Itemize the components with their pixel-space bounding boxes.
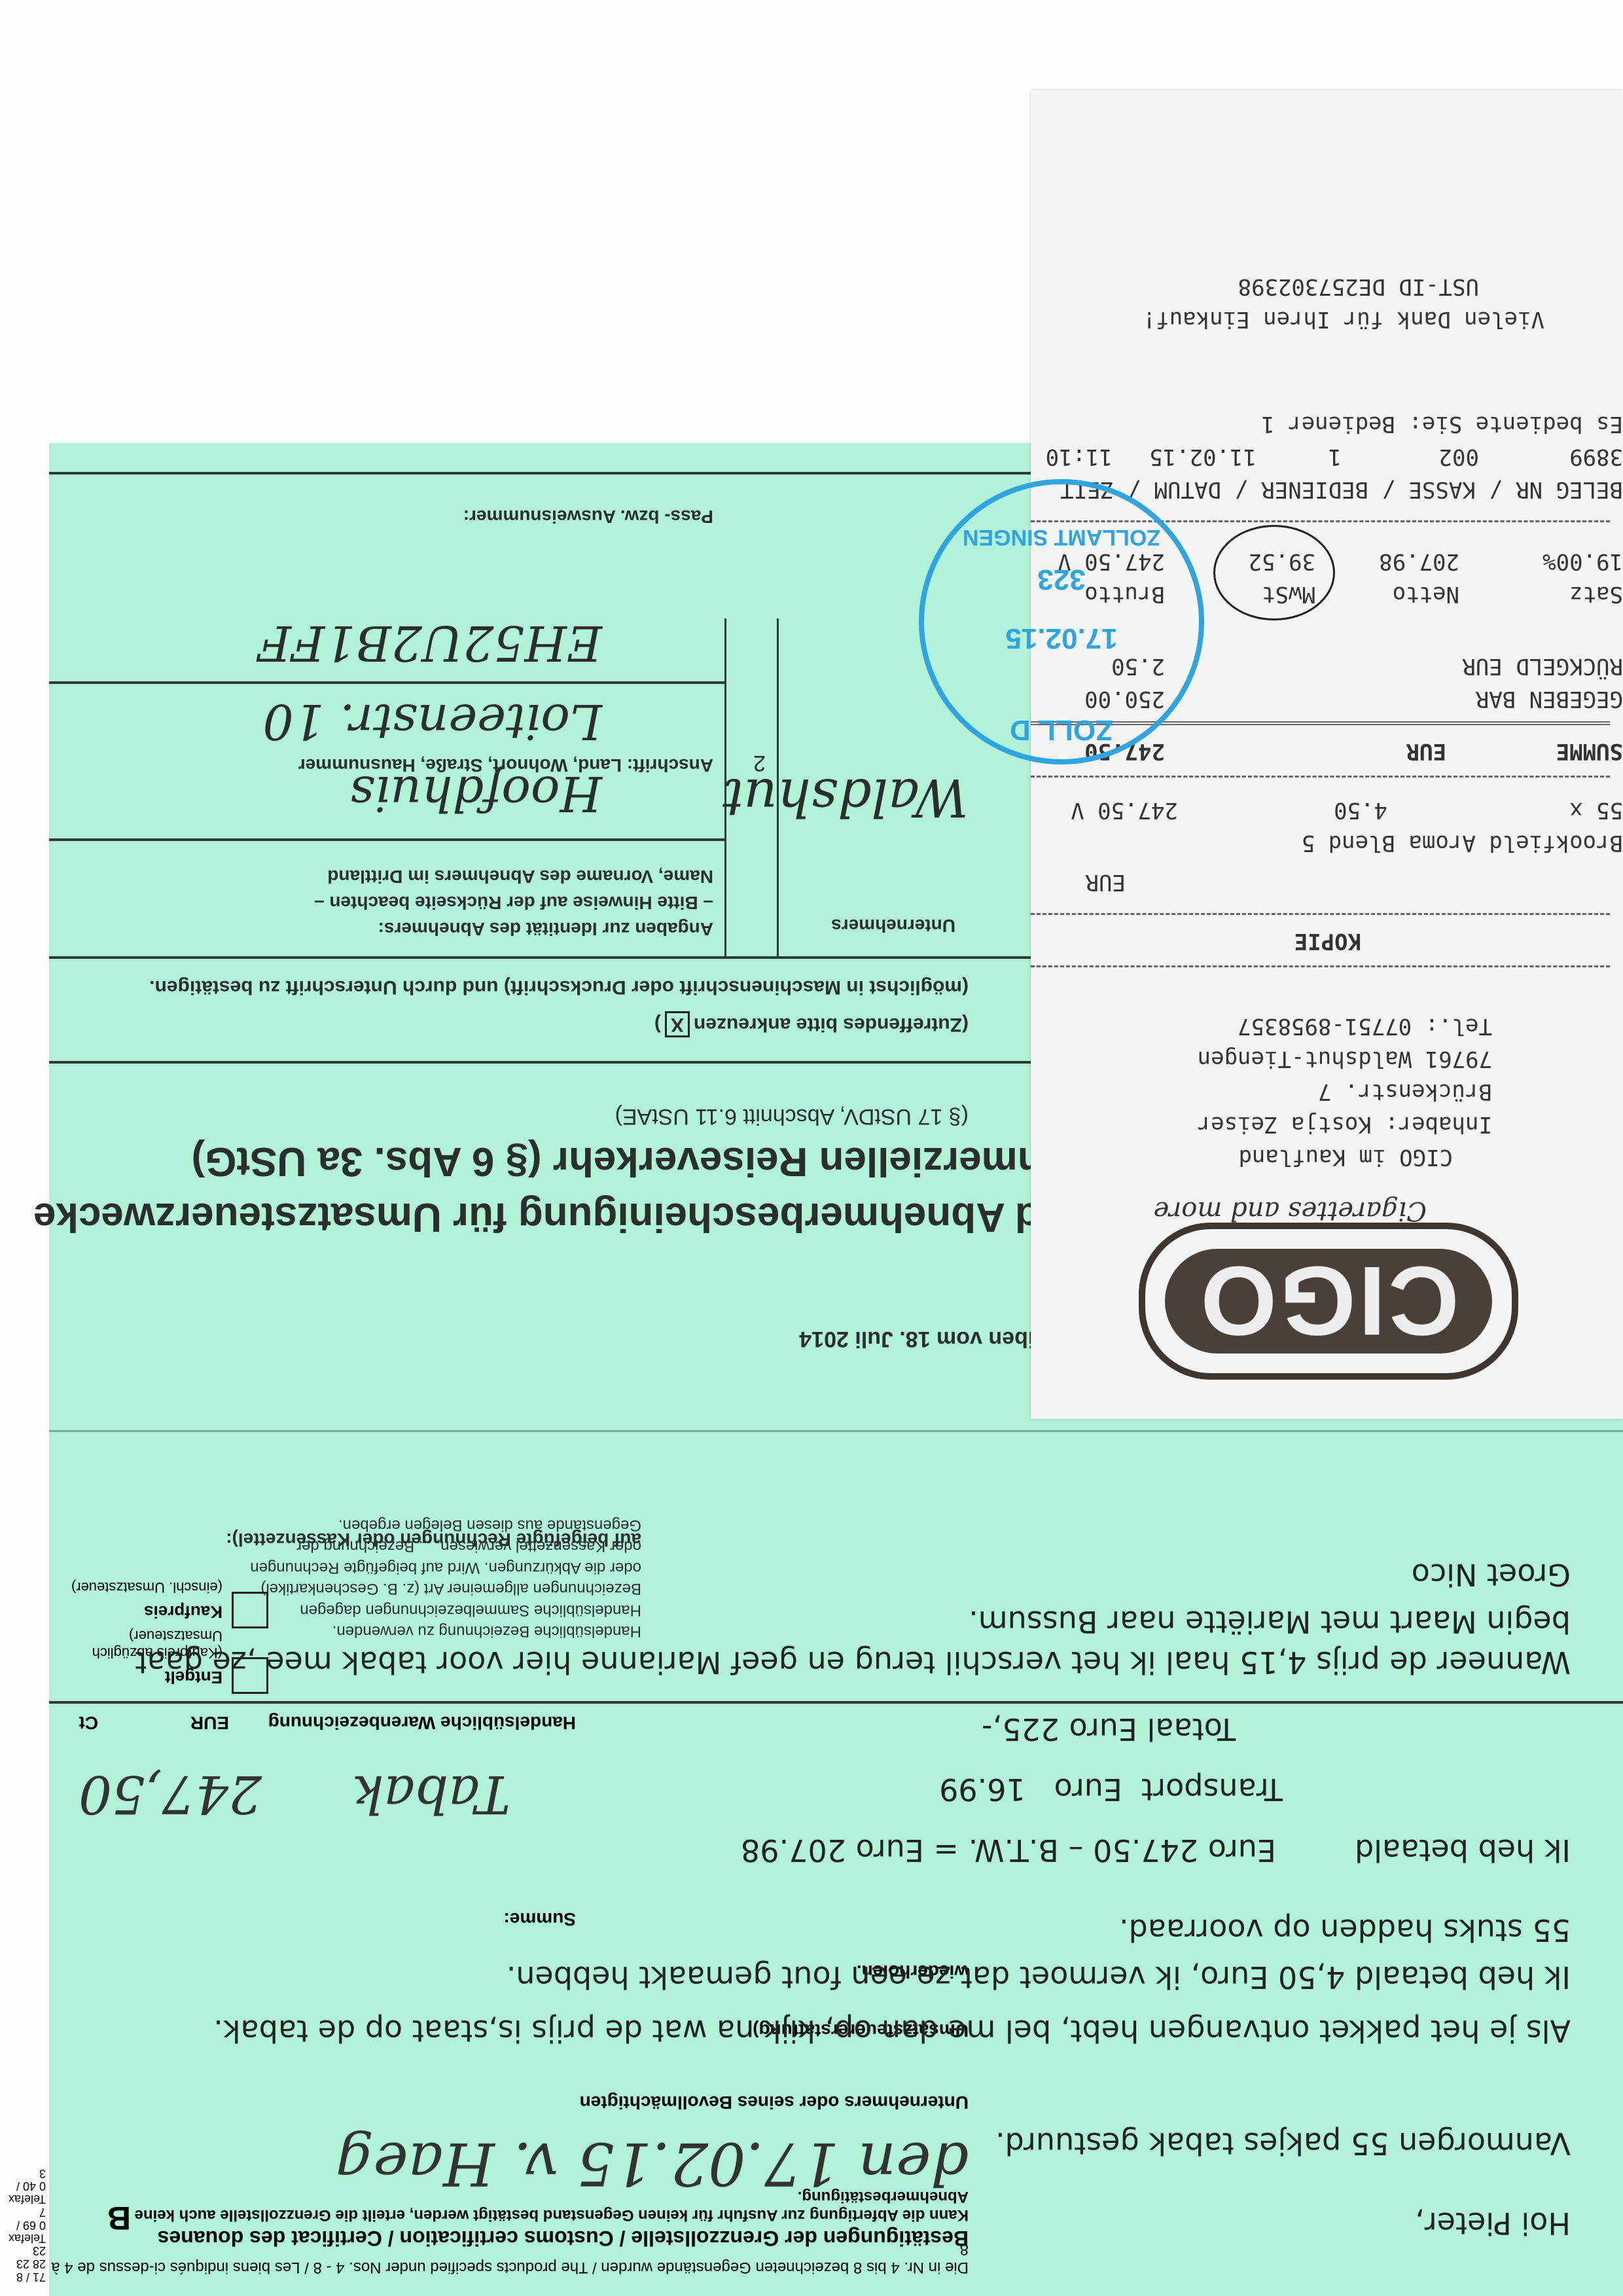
buyer-section-title: Angaben zur Identität des Abnehmers: xyxy=(378,918,713,939)
scanned-page: Anlage zum BMF-Schreiben vom 18. Juli 20… xyxy=(0,0,1623,2296)
given-label: GEGEBEN BAR xyxy=(1476,686,1623,712)
checkbox-mark[interactable]: X xyxy=(665,1011,690,1037)
tax-rate: 19.00% xyxy=(1543,548,1623,575)
passport-handwritten: EH52U2B1FF xyxy=(258,615,602,671)
side-contact: 71 / 8 28 23 23Telefax 0 69 / 7Telefax 0… xyxy=(9,2166,46,2283)
letter-greeting: Hoi Pieter, xyxy=(131,2203,1571,2244)
item-total: 247.50 V xyxy=(1071,797,1178,823)
buyer-name-label: Name, Vorname des Abnehmers im Drittland xyxy=(327,866,713,887)
cigo-logo: CIGO xyxy=(1139,1223,1518,1380)
letter-line-1: Vanmorgen 55 pakjes tabak gestuurd. xyxy=(131,2123,1571,2164)
receipt-date: 11.02.15 xyxy=(1149,444,1257,470)
seller-handwritten: Waldshut xyxy=(722,767,969,828)
item-qty: 55 x xyxy=(1569,797,1623,823)
sum-label: SUMME xyxy=(1556,738,1623,764)
section-b-goods: Die in Nr. 4 bis 8 bezeichneten Gegenstä… xyxy=(49,2240,969,2276)
letter-line-2: Als je het pakket ontvangen hebt, bel me… xyxy=(131,2011,1571,2051)
letter-line-3: Ik heb betaald 4,50 Euro, ik vermoet dat… xyxy=(131,1957,1571,1998)
separator xyxy=(1031,965,1610,967)
letter-transport: Transport Euro 16.99 xyxy=(131,1769,1283,1810)
sum-currency: EUR xyxy=(1406,738,1446,764)
letter-line-5: Wanneer de prijs 4,15 haal ik het versch… xyxy=(131,1602,1571,1683)
shop-street: Brückenstr. 7 xyxy=(1318,1079,1492,1105)
tax-header-net: Netto xyxy=(1393,581,1459,607)
letter-line-4: 55 stuks hadden op voorraad. xyxy=(131,1910,1571,1950)
tax-header-rate: Satz xyxy=(1569,581,1623,607)
served-by: Es bediente Sie: Bediener 1 xyxy=(1261,411,1623,437)
vat-circle-annotation xyxy=(1213,525,1335,620)
receipt-time: 11:10 xyxy=(1046,444,1113,470)
shop-city: 79761 Waldshut-Tiengen xyxy=(1198,1046,1492,1072)
shop-owner: Inhaber: Kostja Zeiser xyxy=(1198,1111,1492,1138)
letter: Hoi Pieter, Vanmorgen 55 pakjes tabak ge… xyxy=(131,1554,1571,2244)
item-name: Brookfield Aroma Blend 5 xyxy=(1302,830,1623,856)
address-handwritten-1: Hoofdhuis xyxy=(350,765,602,821)
brand-tagline: Cigarettes and more xyxy=(1154,1196,1427,1226)
letter-paid: Ik heb betaaldEuro 247.50 – B.T.W. = Eur… xyxy=(131,1829,1571,1870)
vat-id: UST-ID DE257302398 xyxy=(1238,274,1479,300)
address-handwritten-2: Loiteenstr. 10 xyxy=(262,693,602,749)
letter-total: Totaal Euro 225,- xyxy=(131,1709,1571,1749)
change-label: RÜCKGELD EUR xyxy=(1462,653,1623,679)
checkbox-hint: (Zutreffendes bitte ankreuzenX) xyxy=(654,1011,969,1037)
operator-number: 1 xyxy=(1329,444,1342,470)
separator xyxy=(1031,913,1610,915)
shop-name: CIGO im Kaufland xyxy=(1238,1144,1453,1170)
divider xyxy=(49,681,726,684)
tax-net: 207.98 xyxy=(1379,548,1459,575)
letter-closing: Groet Nico xyxy=(131,1554,1571,1595)
currency-header: EUR xyxy=(1086,869,1126,895)
item-unit-price: 4.50 xyxy=(1334,797,1387,823)
meta-header: BELEG NR / KASSE / BEDIENER / DATUM / ZE… xyxy=(1060,476,1623,503)
buyer-section-hint: – Bitte Hinweise auf der Rückseite beach… xyxy=(314,892,713,913)
ct-column-label: Ct xyxy=(79,1712,98,1733)
fill-hint: (möglichst in Maschinenschrift oder Druc… xyxy=(149,976,969,998)
copy-label: KOPIE xyxy=(1294,928,1361,954)
cash-receipt: CIGO Cigarettes and more CIGO im Kauflan… xyxy=(1031,90,1623,1419)
thanks-message: Vielen Dank für Ihren Einkauf! xyxy=(1143,306,1544,332)
seller-label: Unternehmers xyxy=(831,915,955,936)
passport-label: Pass- bzw. Ausweisnummer: xyxy=(463,506,713,527)
receipt-number: 3899 xyxy=(1569,444,1623,470)
form-legal-ref: (§ 17 UStDV, Abschnitt 6.11 UStAE) xyxy=(615,1103,969,1129)
register-number: 002 xyxy=(1439,444,1479,470)
customs-stamp: ZOLL D 17.02.15 323 ZOLLAMT SINGEN xyxy=(919,479,1204,764)
separator xyxy=(1031,776,1610,778)
shop-phone: Tel.: 07751-8958357 xyxy=(1238,1013,1492,1039)
divider xyxy=(49,838,726,841)
